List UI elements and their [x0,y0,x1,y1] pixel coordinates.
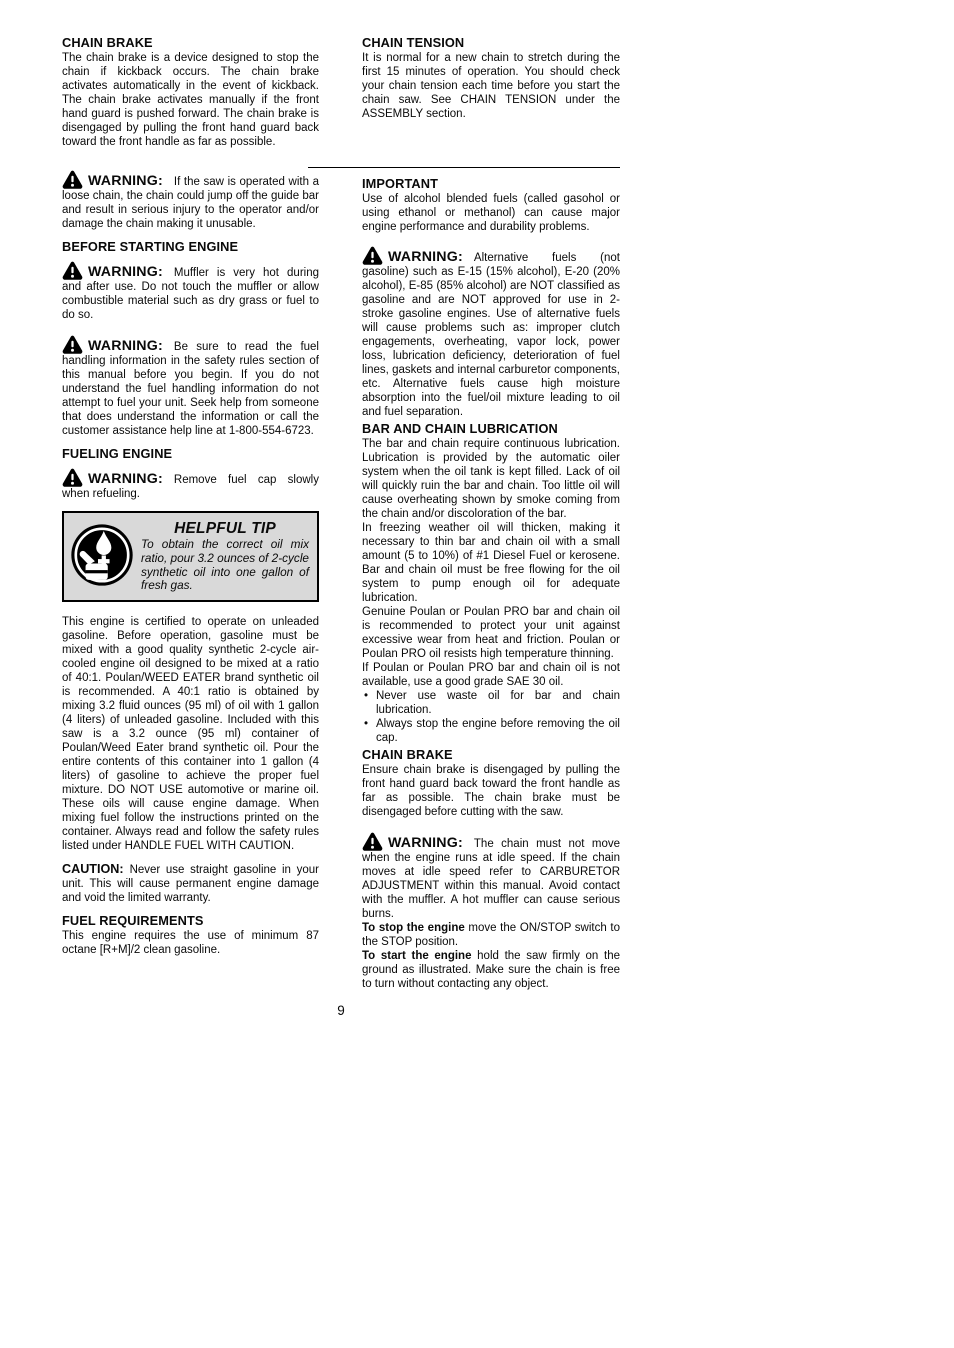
warning-label: WARNING: [388,249,463,265]
helpful-tip-content: HELPFUL TIP To obtain the correct oil mi… [141,520,309,593]
column-right: CHAIN TENSION It is normal for a new cha… [362,36,620,991]
bar-chain-paragraph-1: The bar and chain require continuous lub… [362,437,620,521]
list-item: •Never use waste oil for bar and chain l… [362,689,620,717]
oil-mix-icon [70,523,134,591]
section-title-important: IMPORTANT [362,177,620,191]
bullet-marker: • [364,717,368,731]
warning-paragraph-alt-fuels: WARNING:Alternative fuels (not gasoline)… [362,246,620,419]
warning-label: WARNING: [88,173,163,189]
warning-text: Alternative fuels (not gasoline) such as… [362,252,620,418]
warning-paragraph-loose-chain: WARNING:If the saw is operated with a lo… [62,170,319,231]
section-divider-line [308,167,620,168]
manual-page: CHAIN BRAKE The chain brake is a device … [0,0,954,1348]
section-title-fuel-requirements: FUEL REQUIREMENTS [62,914,319,928]
warning-paragraph-fuel-cap: WARNING:Remove fuel cap slowly when refu… [62,468,319,501]
start-engine-paragraph: To start the engine hold the saw firmly … [362,949,620,991]
section-title-chain-brake: CHAIN BRAKE [62,36,319,50]
page-number: 9 [62,1003,620,1019]
warning-label: WARNING: [88,471,163,487]
warning-label: WARNING: [88,264,163,280]
warning-paragraph-fuel-handling: WARNING:Be sure to read the fuel handlin… [62,335,319,438]
warning-text: Be sure to read the fuel handling inform… [62,341,319,437]
chain-brake-body: The chain brake is a device designed to … [62,51,319,149]
caution-paragraph: CAUTION:Never use straight gasoline in y… [62,862,319,905]
stop-engine-label: To stop the engine [362,922,465,934]
warning-label: WARNING: [88,338,163,354]
warning-triangle-icon [362,246,383,265]
caution-label: CAUTION: [62,862,124,876]
warning-triangle-icon [362,832,383,851]
list-item: •Always stop the engine before removing … [362,717,620,745]
stop-engine-paragraph: To stop the engine move the ON/STOP swit… [362,921,620,949]
section-title-bar-chain-lubrication: BAR AND CHAIN LUBRICATION [362,422,620,436]
bullet-text: Never use waste oil for bar and chain lu… [376,690,620,716]
warning-label: WARNING: [388,835,463,851]
section-title-chain-brake-right: CHAIN BRAKE [362,748,620,762]
section-title-chain-tension: CHAIN TENSION [362,36,620,50]
start-engine-label: To start the engine [362,950,471,962]
chain-brake-right-body: Ensure chain brake is disengaged by pull… [362,763,620,819]
helpful-tip-body: To obtain the correct oil mix ratio, pou… [141,538,309,593]
section-title-before-starting-engine: BEFORE STARTING ENGINE [62,240,319,254]
fuel-requirements-body: This engine requires the use of minimum … [62,929,319,957]
bar-chain-paragraph-3: Genuine Poulan or Poulan PRO bar and cha… [362,605,620,661]
column-left: CHAIN BRAKE The chain brake is a device … [62,36,319,957]
warning-text: The chain must not move when the engine … [362,838,620,920]
warning-paragraph-idle: WARNING:The chain must not move when the… [362,832,620,921]
bullet-text: Always stop the engine before removing t… [376,718,620,744]
bar-chain-paragraph-2: In freezing weather oil will thicken, ma… [362,521,620,605]
warning-triangle-icon [62,261,83,280]
important-body: Use of alcohol blended fuels (called gas… [362,192,620,234]
warning-triangle-icon [62,335,83,354]
helpful-tip-title: HELPFUL TIP [141,520,309,537]
warning-triangle-icon [62,468,83,487]
section-title-fueling-engine: FUELING ENGINE [62,447,319,461]
bar-chain-paragraph-4: If Poulan or Poulan PRO bar and chain oi… [362,661,620,689]
helpful-tip-box: HELPFUL TIP To obtain the correct oil mi… [62,511,319,602]
fuel-mix-paragraph: This engine is certified to operate on u… [62,615,319,853]
bullet-marker: • [364,689,368,703]
warning-paragraph-muffler: WARNING:Muffler is very hot during and a… [62,261,319,322]
warning-triangle-icon [62,170,83,189]
chain-tension-body: It is normal for a new chain to stretch … [362,51,620,121]
